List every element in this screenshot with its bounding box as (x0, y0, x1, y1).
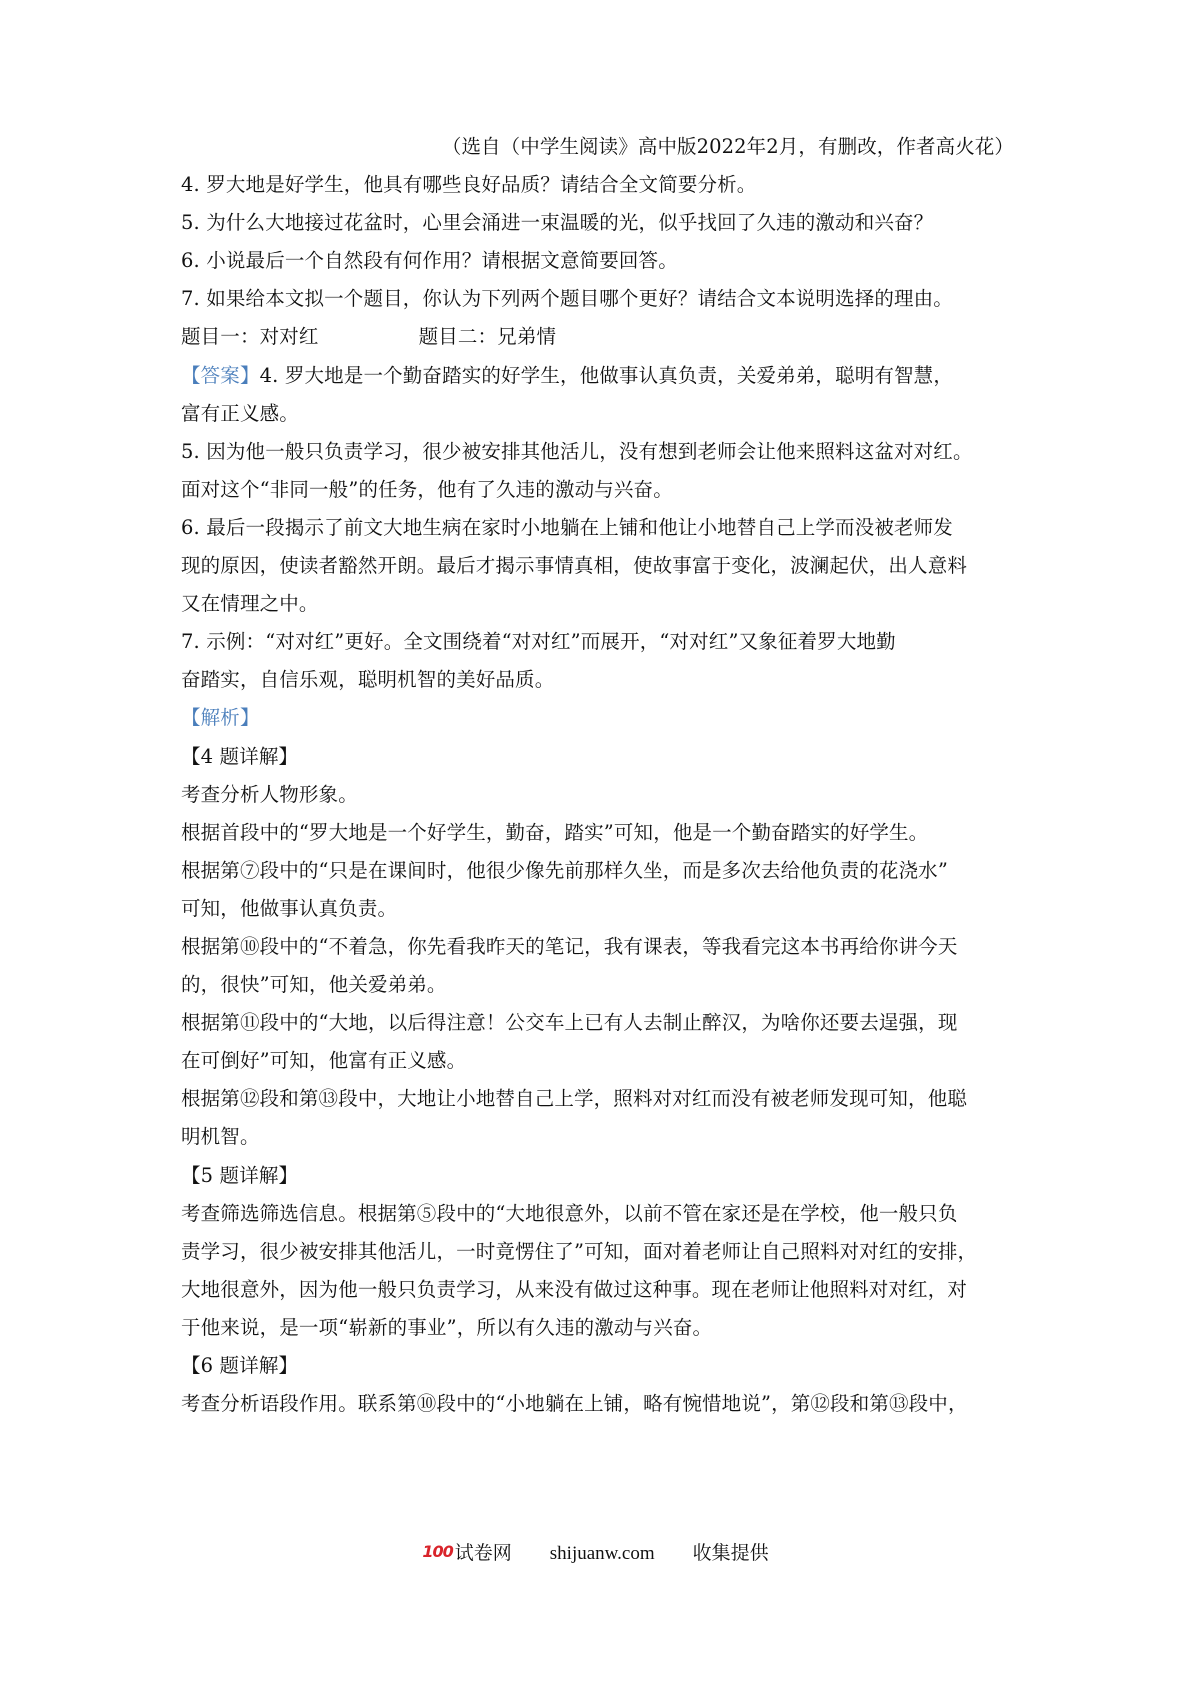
title-option-1: 题目一：对对红 (181, 325, 319, 348)
answer-7-line-1: 7. 示例：“对对红”更好。全文围绕着“对对红”而展开，“对对红”又象征着罗大地… (181, 623, 1016, 661)
detail-4-line: 在可倒好”可知，他富有正义感。 (181, 1042, 1016, 1080)
detail-4-line: 的，很快”可知，他关爱弟弟。 (181, 966, 1016, 1004)
detail-4-line: 根据首段中的“罗大地是一个好学生，勤奋，踏实”可知，他是一个勤奋踏实的好学生。 (181, 814, 1016, 852)
answer-4-text: 4. 罗大地是一个勤奋踏实的好学生，他做事认真负责，关爱弟弟，聪明有智慧， (260, 364, 953, 387)
detail-6-line: 考查分析语段作用。联系第⑩段中的“小地躺在上铺，略有惋惜地说”，第⑫段和第⑬段中… (181, 1385, 1016, 1423)
document-body: （选自（中学生阅读》高中版2022年2月，有删改，作者高火花） 4. 罗大地是好… (181, 128, 1016, 1423)
source-citation: （选自（中学生阅读》高中版2022年2月，有删改，作者高火花） (181, 128, 1016, 166)
detail-4-line: 根据第⑪段中的“大地，以后得注意！公交车上已有人去制止醉汉，为啥你还要去逞强，现 (181, 1004, 1016, 1042)
detail-5-line: 大地很意外，因为他一般只负责学习，从来没有做过这种事。现在老师让他照料对对红，对 (181, 1271, 1016, 1309)
detail-5-line: 考查筛选筛选信息。根据第⑤段中的“大地很意外，以前不管在家还是在学校，他一般只负 (181, 1195, 1016, 1233)
answer-6-line-3: 又在情理之中。 (181, 585, 1016, 623)
detail-5-line: 于他来说，是一项“崭新的事业”，所以有久违的激动与兴奋。 (181, 1309, 1016, 1347)
footer-site-link[interactable]: shijuanw.com (550, 1543, 655, 1564)
detail-4-line: 考查分析人物形象。 (181, 776, 1016, 814)
detail-4-line: 根据第⑦段中的“只是在课间时，他很少像先前那样久坐，而是多次去给他负责的花浇水” (181, 852, 1016, 890)
page-footer: 100试卷网shijuanw.com收集提供 (0, 1538, 1191, 1568)
source-citation-text: （选自（中学生阅读》高中版2022年2月，有删改，作者高火花） (442, 135, 1014, 158)
detail-5-heading: 【5 题详解】 (181, 1157, 1016, 1195)
100-logo-icon: 100 (422, 1538, 452, 1566)
question-4: 4. 罗大地是好学生，他具有哪些良好品质？请结合全文简要分析。 (181, 166, 1016, 204)
detail-4-line: 可知，他做事认真负责。 (181, 890, 1016, 928)
detail-4-line: 根据第⑩段中的“不着急，你先看我昨天的笔记，我有课表，等我看完这本书再给你讲今天 (181, 928, 1016, 966)
answer-label: 【答案】 (181, 364, 260, 387)
footer-brand: 试卷网 (455, 1542, 512, 1564)
analysis-label: 【解析】 (181, 699, 1016, 737)
detail-4-line: 根据第⑫段和第⑬段中，大地让小地替自己上学，照料对对红而没有被老师发现可知，他聪 (181, 1080, 1016, 1118)
detail-6-heading: 【6 题详解】 (181, 1347, 1016, 1385)
answer-4-line-1: 【答案】4. 罗大地是一个勤奋踏实的好学生，他做事认真负责，关爱弟弟，聪明有智慧… (181, 357, 1016, 395)
document-page: （选自（中学生阅读》高中版2022年2月，有删改，作者高火花） 4. 罗大地是好… (0, 0, 1191, 1684)
detail-4-heading: 【4 题详解】 (181, 738, 1016, 776)
footer-credit: 收集提供 (693, 1542, 769, 1564)
title-options: 题目一：对对红题目二：兄弟情 (181, 318, 1016, 356)
answer-4-line-2: 富有正义感。 (181, 395, 1016, 433)
question-5: 5. 为什么大地接过花盆时，心里会涌进一束温暖的光，似乎找回了久违的激动和兴奋？ (181, 204, 1016, 242)
answer-5-line-1: 5. 因为他一般只负责学习，很少被安排其他活儿，没有想到老师会让他来照料这盆对对… (181, 433, 1016, 471)
detail-4-line: 明机智。 (181, 1118, 1016, 1156)
detail-5-line: 责学习，很少被安排其他活儿，一时竟愣住了”可知，面对着老师让自己照料对对红的安排… (181, 1233, 1016, 1271)
question-7: 7. 如果给本文拟一个题目，你认为下列两个题目哪个更好？请结合文本说明选择的理由… (181, 280, 1016, 318)
answer-6-line-1: 6. 最后一段揭示了前文大地生病在家时小地躺在上铺和他让小地替自己上学而没被老师… (181, 509, 1016, 547)
question-6: 6. 小说最后一个自然段有何作用？请根据文意简要回答。 (181, 242, 1016, 280)
title-option-2: 题目二：兄弟情 (419, 325, 557, 348)
answer-6-line-2: 现的原因，使读者豁然开朗。最后才揭示事情真相，使故事富于变化，波澜起伏，出人意料 (181, 547, 1016, 585)
answer-5-line-2: 面对这个“非同一般”的任务，他有了久违的激动与兴奋。 (181, 471, 1016, 509)
answer-7-line-2: 奋踏实，自信乐观，聪明机智的美好品质。 (181, 661, 1016, 699)
